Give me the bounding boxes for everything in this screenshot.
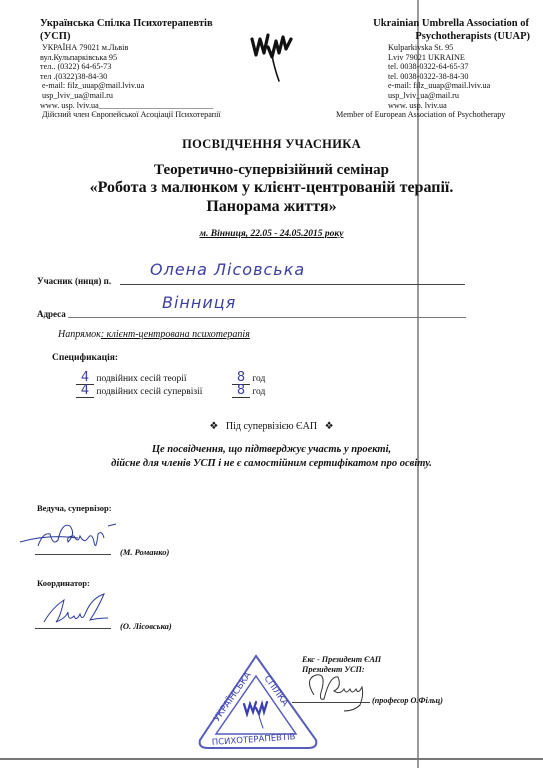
direction-label: Напрямок	[58, 329, 101, 340]
org-abbr-ua: (УСП)	[40, 30, 230, 43]
email-line: e-mail: filz_uuap@mail.lviv.ua	[310, 81, 530, 91]
website-line: www. usp. lviv.ua_______________________…	[40, 101, 230, 111]
member-note-ua: Дійсний член Європейської Асоціації Псих…	[40, 110, 230, 120]
ornament-icon: ❖	[325, 421, 334, 432]
event-name-line2: Панорама життя»	[0, 198, 543, 216]
org-name-en-2: Psychotherapists (UUAP)	[310, 30, 530, 43]
president-signature	[300, 665, 380, 715]
president-sign-line	[292, 702, 370, 703]
spec-hours: 8	[232, 385, 250, 398]
phone-line: тел .(0322)38-84-30	[40, 72, 230, 82]
supervision-line: ❖ Під супервізією ЄАП ❖	[0, 421, 543, 432]
spec-row-supervision: 4 подвійних сесій супервізії	[76, 385, 202, 398]
participant-line	[120, 284, 465, 285]
direction: Напрямок: клієнт-центрована психотерапія	[58, 329, 250, 340]
email-line: e-mail: filz_uuap@mail.lviv.ua	[40, 81, 230, 91]
address-label: Адреса	[37, 309, 66, 319]
spec-row-theory: 4 подвійних сесій теорії	[76, 372, 187, 385]
spec-label: Спецификація:	[52, 353, 118, 363]
header-left: Українська Спілка Психотерапевтів (УСП) …	[40, 17, 230, 120]
president-title-line1: Екс - Президент ЄАП	[302, 655, 381, 665]
ornament-icon: ❖	[209, 421, 218, 432]
email-line: usp_lviv_ua@mail.ru	[40, 91, 230, 101]
member-note-en: Member of European Association of Psycho…	[310, 110, 530, 120]
address-line: Kulparkivska St. 95	[310, 43, 530, 53]
address-line: УКРАЇНА 79021 м.Львів	[40, 43, 230, 53]
org-name-en: Ukrainian Umbrella Association of	[310, 17, 530, 30]
address-line: Lviv 79021 UKRAINE	[310, 53, 530, 63]
coordinator-label: Координатор:	[37, 578, 90, 588]
doc-type-title: ПОСВІДЧЕННЯ УЧАСНИКА	[0, 137, 543, 152]
address-line: вул.Кульпарківська 95	[40, 53, 230, 63]
spec-unit: год	[252, 374, 265, 384]
coordinator-sign-line	[35, 628, 111, 629]
note-line2: дійсне для членів УСП і не є самостійним…	[0, 458, 543, 469]
direction-value: : клієнт-центрована психотерапія	[101, 329, 250, 340]
phone-line: tel. 0038-0322-64-65-37	[310, 62, 530, 72]
supervisor-signature	[18, 512, 118, 557]
spec-count: 4	[76, 385, 94, 398]
president-name: (професор О.Фільц)	[372, 696, 443, 705]
address-value: Вінниця	[162, 293, 236, 312]
stamp-logo-icon	[244, 702, 267, 728]
participant-value: Олена Лісовська	[150, 260, 305, 279]
place-date: м. Вінниця, 22.05 - 24.05.2015 року	[0, 229, 543, 239]
header-right: Ukrainian Umbrella Association of Psycho…	[310, 17, 530, 120]
spec-hours-supervision: 8 год	[232, 385, 265, 398]
website-line: www. usp. lviv.ua	[310, 101, 530, 111]
supervisor-name: (М. Романко)	[120, 547, 169, 557]
address-line	[68, 317, 466, 318]
event-type: Теоретично-супервізійний семінар	[0, 162, 543, 179]
coordinator-name: (О. Лісовська)	[120, 621, 172, 631]
event-name-line1: «Робота з малюнком у клієнт-центрованій …	[0, 179, 543, 197]
supervisor-sign-line	[35, 554, 111, 555]
supervision-text: Під супервізією ЄАП	[226, 421, 317, 432]
stamp-text-left: УКРАЇНСЬКА	[211, 669, 254, 723]
page-bottom-edge	[0, 758, 543, 760]
phone-line: tel. 0038-0322-38-84-30	[310, 72, 530, 82]
phone-line: тел.. (0322) 64-65-73	[40, 62, 230, 72]
email-line: usp_lviv_ua@mail.ru	[310, 91, 530, 101]
note-line1: Це посвідчення, що підтверджує участь у …	[0, 444, 543, 455]
coordinator-signature	[38, 588, 118, 630]
org-name-ua: Українська Спілка Психотерапевтів	[40, 17, 230, 30]
ucp-logo-icon	[248, 25, 298, 85]
participant-label: Учасник (ниця) п.	[37, 276, 111, 286]
spec-unit: год	[252, 387, 265, 397]
spec-text: подвійних сесій супервізії	[96, 387, 202, 397]
spec-text: подвійних сесій теорії	[96, 374, 186, 384]
